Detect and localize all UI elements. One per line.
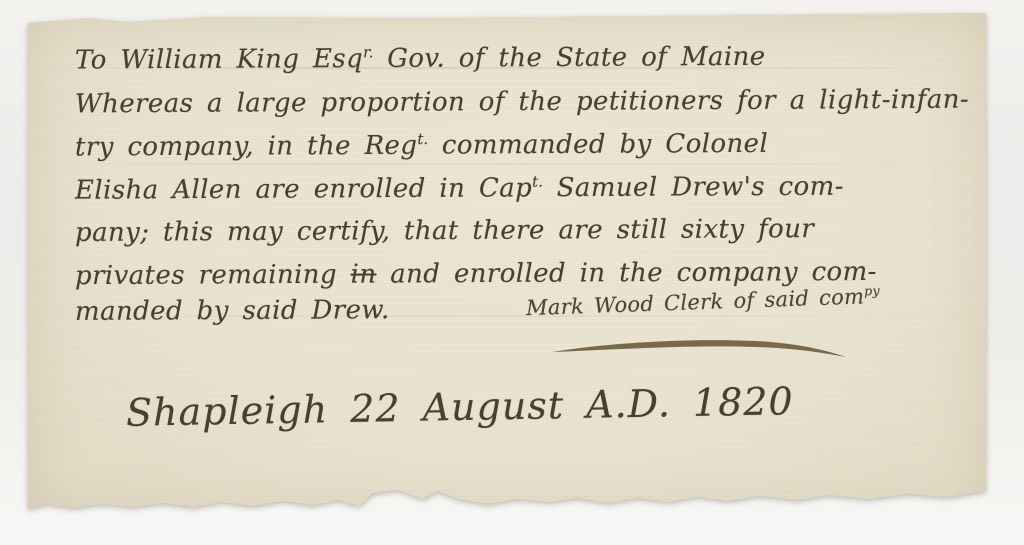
manuscript-line-7: manded by said Drew. xyxy=(75,295,390,328)
manuscript-paper-wrapper: To William King Esqr. Gov. of the State … xyxy=(28,13,986,518)
superscript-abbreviation: py xyxy=(864,283,880,299)
paper-crease xyxy=(28,163,986,165)
line-text: Gov. of the State of Maine xyxy=(373,42,765,74)
manuscript-paper: To William King Esqr. Gov. of the State … xyxy=(28,13,986,518)
signature-text: Mark Wood Clerk of said com xyxy=(526,284,865,320)
line-text: privates remaining xyxy=(75,260,351,291)
superscript-abbreviation: r. xyxy=(363,43,373,61)
manuscript-line-salutation: To William King Esqr. Gov. of the State … xyxy=(75,41,766,76)
manuscript-line-5: pany; this may certify, that there are s… xyxy=(75,214,814,249)
manuscript-line-3: try company, in the Regt. commanded by C… xyxy=(75,128,768,163)
line-text: To William King Esq xyxy=(75,44,363,76)
manuscript-line-4: Elisha Allen are enrolled in Capt. Samue… xyxy=(75,171,844,207)
line-text: commanded by Colonel xyxy=(428,129,768,161)
line-text: Samuel Drew's com- xyxy=(543,172,844,204)
strikethrough-word: in xyxy=(351,260,377,290)
signature-flourish xyxy=(550,333,850,361)
line-text: try company, in the Reg xyxy=(75,131,417,163)
line-text: Elisha Allen are enrolled in Cap xyxy=(75,173,532,205)
superscript-abbreviation: t. xyxy=(417,130,428,148)
superscript-abbreviation: t. xyxy=(532,173,543,191)
scan-background: { "scan": { "background_color": "#efeeeb… xyxy=(0,0,1024,545)
manuscript-line-2: Whereas a large proportion of the petiti… xyxy=(75,85,969,121)
dateline: Shapleigh 22 August A.D. 1820 xyxy=(126,379,794,435)
